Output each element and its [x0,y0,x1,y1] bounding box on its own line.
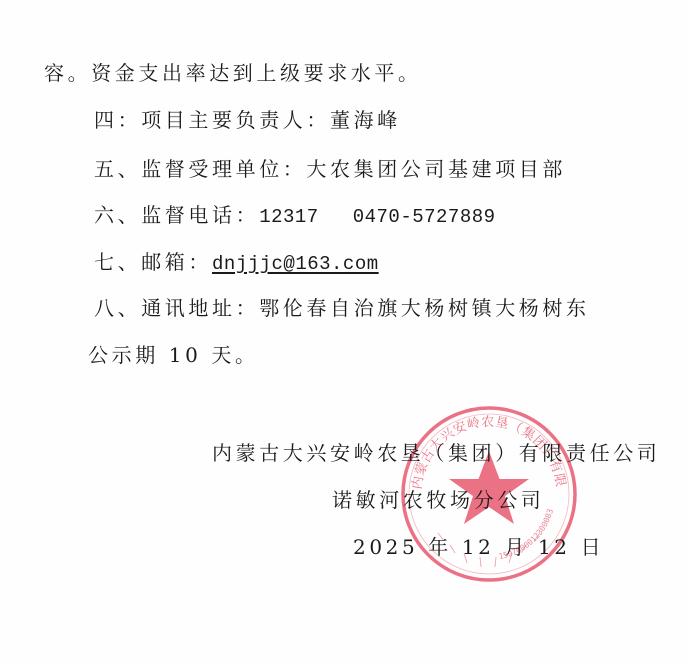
publicity-period-text: 公示期 10 天。 [88,343,259,367]
continuation-text: 容。资金支出率达到上级要求水平。 [44,61,422,85]
signature-date: 2025 年 12 月 12 日 [353,535,604,559]
issue-date: 2025 年 12 月 12 日 [353,535,604,559]
item-supervision-unit: 五、监督受理单位：大农集团公司基建项目部 [94,157,566,181]
item-text: 通讯地址：鄂伦春自治旗大杨树镇大杨树东 [141,296,589,320]
item-supervision-phone: 六、监督电话：123170470-5727889 [94,203,496,229]
email-link[interactable]: dnjjjc@163.com [212,253,379,275]
item-label: 七、 [94,250,141,274]
signature-organization: 内蒙古大兴安岭农垦（集团）有限责任公司 [212,441,660,465]
item-label: 八、 [94,296,141,320]
signature-branch: 诺敏河农牧场分公司 [332,488,544,512]
phone-number-1: 12317 [259,206,319,228]
phone-number-2: 0470-5727889 [353,206,496,228]
item-text: 项目主要负责人：董海峰 [141,108,401,132]
item-text: 邮箱： [141,250,212,274]
item-email: 七、邮箱：dnjjjc@163.com [94,250,379,276]
publicity-period: 公示期 10 天。 [88,343,259,367]
document-page: 容。资金支出率达到上级要求水平。 四：项目主要负责人：董海峰 五、监督受理单位：… [0,0,687,662]
item-label: 四： [94,108,141,132]
item-text: 监督电话： [141,203,259,227]
item-label: 六、 [94,203,141,227]
item-text: 监督受理单位：大农集团公司基建项目部 [141,157,566,181]
item-mailing-address: 八、通讯地址：鄂伦春自治旗大杨树镇大杨树东 [94,296,590,320]
item-label: 五、 [94,157,141,181]
organization-name: 内蒙古大兴安岭农垦（集团）有限责任公司 [212,441,660,465]
branch-name: 诺敏河农牧场分公司 [332,488,544,512]
body-line-continuation: 容。资金支出率达到上级要求水平。 [44,61,422,85]
item-project-lead: 四：项目主要负责人：董海峰 [94,108,401,132]
